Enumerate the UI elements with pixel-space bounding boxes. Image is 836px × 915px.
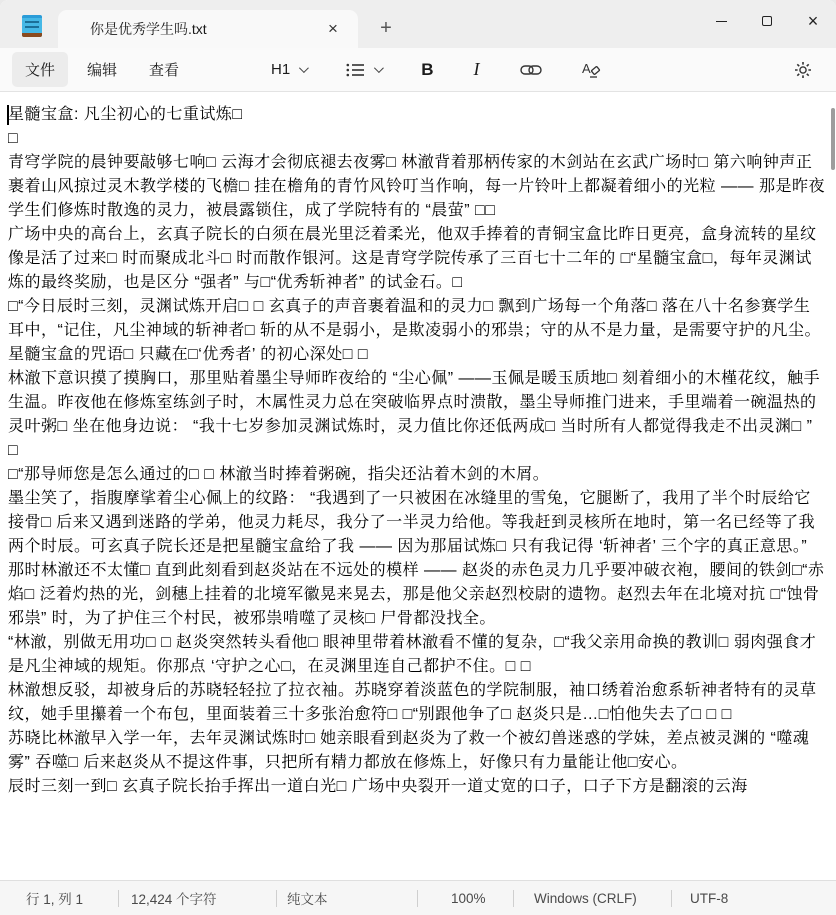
settings-button[interactable] [786,55,820,85]
status-char-count: 12,424 个字符 [119,881,276,915]
italic-icon: I [474,59,480,80]
close-button[interactable]: × [790,0,836,42]
status-encoding: UTF-8 [672,881,728,915]
document-tab[interactable]: 你是优秀学生吗.txt × [58,10,358,48]
link-icon [520,64,542,76]
link-button[interactable] [511,58,551,82]
titlebar: 你是优秀学生吗.txt × + × [0,0,836,48]
notepad-app-icon [22,13,44,39]
status-doc-type: 纯文本 [277,881,417,915]
bullet-list-icon [346,63,365,77]
bold-button[interactable]: B [412,54,442,86]
tab-title: 你是优秀学生吗.txt [90,19,320,39]
minimize-button[interactable] [698,0,744,42]
minimize-icon [716,21,727,22]
status-line-ending: Windows (CRLF) [514,881,671,915]
text-editor[interactable]: 星髓宝盒: 凡尘初心的七重试炼□ □ 青穹学院的晨钟要敲够七响□ 云海才会彻底褪… [0,92,836,880]
svg-text:A: A [582,61,591,76]
document-text[interactable]: 星髓宝盒: 凡尘初心的七重试炼□ □ 青穹学院的晨钟要敲够七响□ 云海才会彻底褪… [0,92,836,799]
status-zoom: 100% [418,881,513,915]
notepad-icon [22,15,42,37]
statusbar: 行 1, 列 1 12,424 个字符 纯文本 100% Windows (CR… [0,880,836,915]
text-caret [7,105,9,125]
menu-file[interactable]: 文件 [12,52,68,87]
heading-style-button[interactable]: H1 [262,55,315,84]
heading-label: H1 [271,61,290,78]
gear-icon [794,61,812,79]
close-icon: × [808,12,819,30]
chevron-down-icon [299,63,309,73]
bold-icon: B [421,60,433,80]
maximize-icon [762,16,772,26]
notepad-window: 你是优秀学生吗.txt × + × 文件 编辑 查看 H1 [0,0,836,915]
tab-close-button[interactable]: × [320,16,346,42]
italic-button[interactable]: I [465,53,489,86]
maximize-button[interactable] [744,0,790,42]
status-cursor-position: 行 1, 列 1 [0,881,118,915]
menu-edit[interactable]: 编辑 [74,52,130,87]
list-style-button[interactable] [337,57,390,83]
formatting-group: H1 B I [262,53,610,86]
clear-formatting-icon: A [582,61,602,79]
plus-icon: + [380,17,392,40]
menu-view[interactable]: 查看 [136,52,192,87]
new-tab-button[interactable]: + [372,14,400,42]
chevron-down-icon [374,63,384,73]
clear-formatting-button[interactable]: A [573,55,611,85]
window-controls: × [698,0,836,48]
close-icon: × [328,19,338,39]
vertical-scrollbar[interactable] [831,108,835,170]
toolbar: 文件 编辑 查看 H1 B I [0,48,836,92]
